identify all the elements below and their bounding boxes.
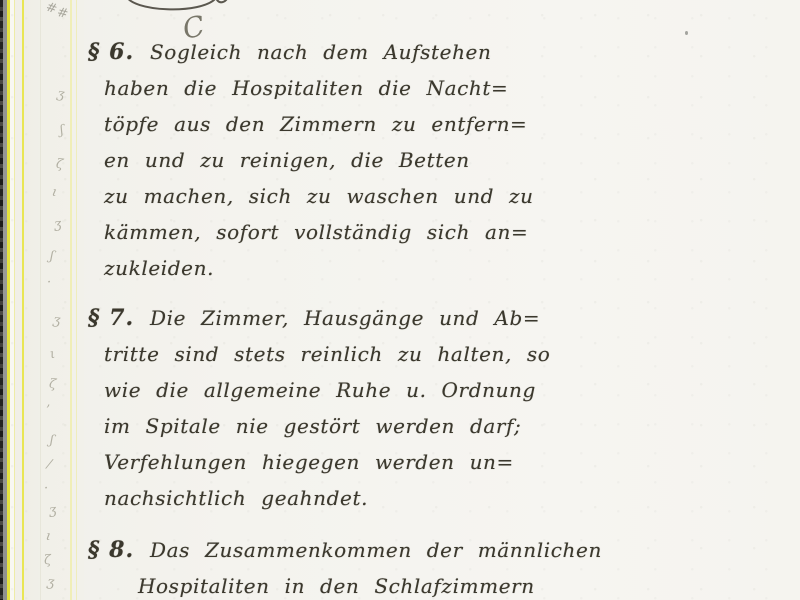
manuscript-line: töpfe aus den Zimmern zu entfern= — [104, 106, 584, 142]
scanned-page: ##ʒʃζιʒʃ·ʒιζ’ʃ/·ʒιζʒ C § 6. Sogleich nac… — [0, 0, 800, 600]
manuscript-line: im Spitale nie gestört werden darf; — [104, 408, 584, 444]
manuscript-line: Das Zusammenkommen der männlichen — [104, 532, 584, 568]
manuscript-text: § 6. Sogleich nach dem Aufstehen haben d… — [0, 0, 800, 600]
manuscript-line: nachsichtlich geahndet. — [104, 480, 584, 516]
manuscript-line: zukleiden. — [104, 250, 584, 286]
manuscript-line: Sogleich nach dem Aufstehen — [104, 34, 584, 70]
section-marker: § 7. — [88, 300, 148, 336]
manuscript-line: Verfehlungen hiegegen werden un= — [104, 444, 584, 480]
manuscript-line: en und zu reinigen, die Betten — [104, 142, 584, 178]
manuscript-line: kämmen, sofort vollständig sich an= — [104, 214, 584, 250]
manuscript-line: Hospitaliten in den Schlafzimmern — [104, 568, 584, 600]
paragraph-section-6: § 6. Sogleich nach dem Aufstehen haben d… — [104, 34, 584, 286]
manuscript-line: Die Zimmer, Hausgänge und Ab= — [104, 300, 584, 336]
paragraph-section-8: § 8. Das Zusammenkommen der männlichen H… — [104, 532, 584, 600]
manuscript-line: zu machen, sich zu waschen und zu — [104, 178, 584, 214]
paragraph-section-7: § 7. Die Zimmer, Hausgänge und Ab= tritt… — [104, 300, 584, 516]
section-marker: § 6. — [88, 34, 148, 70]
manuscript-line: tritte sind stets reinlich zu halten, so — [104, 336, 584, 372]
manuscript-line: wie die allgemeine Ruhe u. Ordnung — [104, 372, 584, 408]
section-marker: § 8. — [88, 532, 148, 568]
manuscript-line: haben die Hospitaliten die Nacht= — [104, 70, 584, 106]
